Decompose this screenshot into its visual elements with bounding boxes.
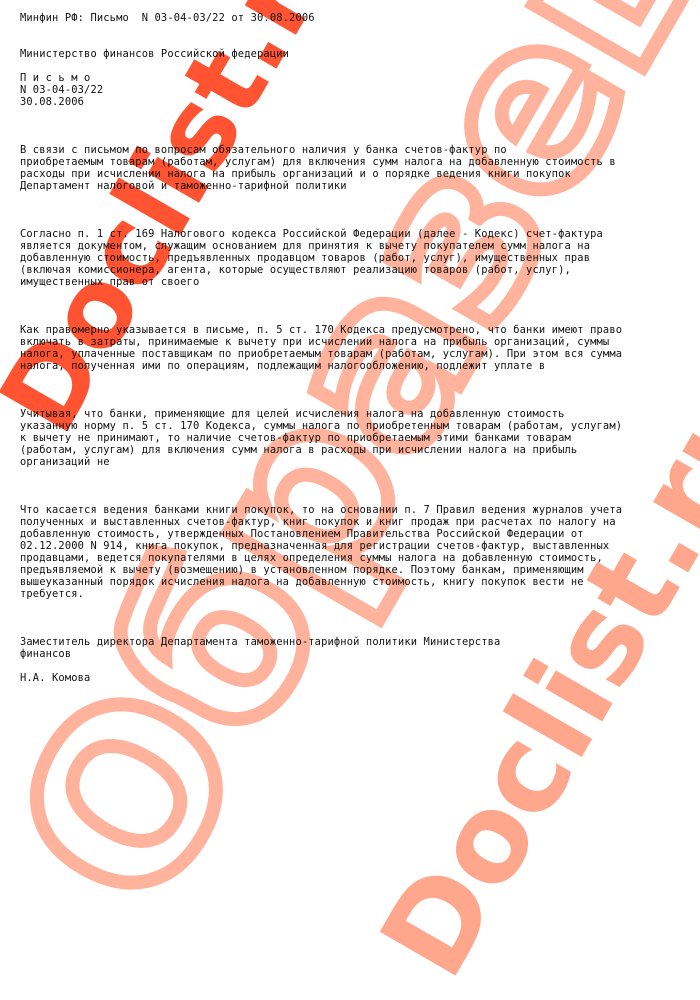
text-line: Согласно п. 1 ст. 169 Налогового кодекса… — [20, 228, 690, 240]
text-line: продавцами, ведется покупателями в целях… — [20, 552, 690, 564]
text-line: 02.12.2000 N 914, книга покупок, предназ… — [20, 540, 690, 552]
signature-block: Заместитель директора Департамента тамож… — [20, 636, 690, 684]
document-number: N 03-04-03/22 — [20, 84, 690, 96]
signatory-position: Заместитель директора Департамента тамож… — [20, 636, 690, 648]
text-line: приобретаемым товарам (работам, услугам)… — [20, 156, 690, 168]
document-date: 30.08.2006 — [20, 96, 690, 108]
text-line: организаций не — [20, 456, 690, 468]
text-line: Как правомерно указывается в письме, п. … — [20, 324, 690, 336]
text-line: налога, полученная ими по операциям, под… — [20, 360, 690, 372]
text-line: требуется. — [20, 588, 690, 600]
paragraph-considering: Учитывая, что банки, применяющие для цел… — [20, 408, 690, 468]
text-line: В связи с письмом по вопросам обязательн… — [20, 144, 690, 156]
text-line: имущественных прав от своего — [20, 276, 690, 288]
document-header-line: Минфин РФ: Письмо N 03-04-03/22 от 30.08… — [20, 12, 690, 24]
signatory-position: финансов — [20, 648, 690, 660]
text-line: предъявляемой к вычету (возмещению) в ус… — [20, 564, 690, 576]
text-line: к вычету не принимают, то наличие счетов… — [20, 432, 690, 444]
issuer: Министерство финансов Российской федерац… — [20, 48, 690, 60]
text-line: вышеуказанный порядок исчисления налога … — [20, 576, 690, 588]
paragraph-intro: В связи с письмом по вопросам обязательн… — [20, 144, 690, 192]
paragraph-art169: Согласно п. 1 ст. 169 Налогового кодекса… — [20, 228, 690, 288]
text-line: добавленную стоимость, предъявленных про… — [20, 252, 690, 264]
text-line: расходы при исчислении налога на прибыль… — [20, 168, 690, 180]
document-body: Минфин РФ: Письмо N 03-04-03/22 от 30.08… — [20, 12, 690, 684]
text-line: полученных и выставленных счетов-фактур,… — [20, 516, 690, 528]
text-line: налога, уплаченные поставщикам по приобр… — [20, 348, 690, 360]
text-line: включать в затраты, принимаемые к вычету… — [20, 336, 690, 348]
text-line: (включая комиссионера, агента, которые о… — [20, 264, 690, 276]
text-line: (работам, услугам) для включения сумм на… — [20, 444, 690, 456]
paragraph-art170: Как правомерно указывается в письме, п. … — [20, 324, 690, 372]
text-line: добавленную стоимость, утвержденных Пост… — [20, 528, 690, 540]
paragraph-purchase-book: Что касается ведения банками книги покуп… — [20, 504, 690, 600]
signatory-name: Н.А. Комова — [20, 672, 690, 684]
text-line: Учитывая, что банки, применяющие для цел… — [20, 408, 690, 420]
text-line: Что касается ведения банками книги покуп… — [20, 504, 690, 516]
text-line: указанную норму п. 5 ст. 170 Кодекса, су… — [20, 420, 690, 432]
text-line: является документом, служащим основанием… — [20, 240, 690, 252]
document-type: П и с ь м о — [20, 72, 690, 84]
text-line: Департамент налоговой и таможенно-тарифн… — [20, 180, 690, 192]
